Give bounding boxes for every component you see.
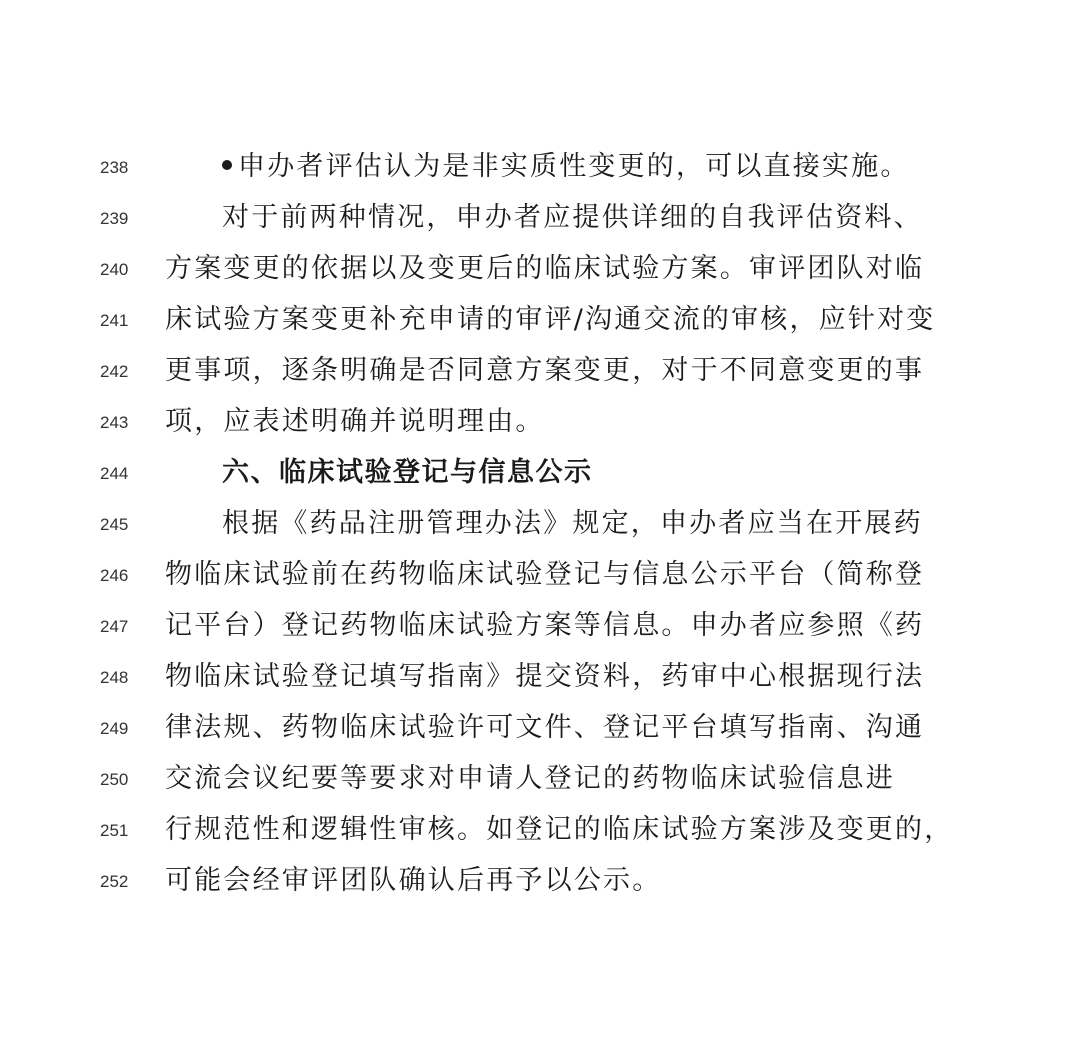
line-number: 250 [100, 765, 140, 795]
document-line-250: 250 交流会议纪要等要求对申请人登记的药物临床试验信息进 [0, 765, 1080, 816]
line-number: 244 [100, 459, 140, 489]
line-number: 240 [100, 255, 140, 285]
document-page: 238 申办者评估认为是非实质性变更的，可以直接实施。 239 对于前两种情况，… [0, 0, 1080, 1047]
line-text: 更事项，逐条明确是否同意方案变更，对于不同意变更的事 [165, 351, 924, 391]
document-line-246: 246 物临床试验前在药物临床试验登记与信息公示平台（简称登 [0, 561, 1080, 612]
line-number: 251 [100, 816, 140, 846]
line-text: 行规范性和逻辑性审核。如登记的临床试验方案涉及变更的， [165, 810, 953, 850]
line-number: 245 [100, 510, 140, 540]
line-number: 243 [100, 408, 140, 438]
line-text: 可能会经审评团队确认后再予以公示。 [165, 861, 661, 901]
document-line-247: 247 记平台）登记药物临床试验方案等信息。申办者应参照《药 [0, 612, 1080, 663]
line-number: 248 [100, 663, 140, 693]
document-line-251: 251 行规范性和逻辑性审核。如登记的临床试验方案涉及变更的， [0, 816, 1080, 867]
section-heading: 六、临床试验登记与信息公示 [222, 453, 593, 493]
line-text: 项，应表述明确并说明理由。 [165, 402, 545, 442]
line-number: 247 [100, 612, 140, 642]
bullet-icon [222, 160, 232, 170]
document-line-240: 240 方案变更的依据以及变更后的临床试验方案。审评团队对临 [0, 255, 1080, 306]
line-number: 246 [100, 561, 140, 591]
line-text: 床试验方案变更补充申请的审评/沟通交流的审核，应针对变 [165, 300, 936, 340]
line-number: 242 [100, 357, 140, 387]
document-line-238: 238 申办者评估认为是非实质性变更的，可以直接实施。 [0, 153, 1080, 204]
document-line-248: 248 物临床试验登记填写指南》提交资料，药审中心根据现行法 [0, 663, 1080, 714]
line-number: 249 [100, 714, 140, 744]
line-text: 申办者评估认为是非实质性变更的，可以直接实施。 [238, 151, 910, 182]
document-line-242: 242 更事项，逐条明确是否同意方案变更，对于不同意变更的事 [0, 357, 1080, 408]
document-line-252: 252 可能会经审评团队确认后再予以公示。 [0, 867, 1080, 918]
document-line-239: 239 对于前两种情况，申办者应提供详细的自我评估资料、 [0, 204, 1080, 255]
line-text: 律法规、药物临床试验许可文件、登记平台填写指南、沟通 [165, 708, 924, 748]
line-text: 根据《药品注册管理办法》规定，申办者应当在开展药 [222, 504, 923, 544]
line-text: 方案变更的依据以及变更后的临床试验方案。审评团队对临 [165, 249, 924, 289]
line-text: 对于前两种情况，申办者应提供详细的自我评估资料、 [222, 198, 923, 238]
document-line-245: 245 根据《药品注册管理办法》规定，申办者应当在开展药 [0, 510, 1080, 561]
document-line-243: 243 项，应表述明确并说明理由。 [0, 408, 1080, 459]
line-number: 239 [100, 204, 140, 234]
document-line-241: 241 床试验方案变更补充申请的审评/沟通交流的审核，应针对变 [0, 306, 1080, 357]
line-text: 物临床试验前在药物临床试验登记与信息公示平台（简称登 [165, 555, 924, 595]
line-text: 物临床试验登记填写指南》提交资料，药审中心根据现行法 [165, 657, 924, 697]
line-number: 241 [100, 306, 140, 336]
document-line-244: 244 六、临床试验登记与信息公示 [0, 459, 1080, 510]
line-text: 交流会议纪要等要求对申请人登记的药物临床试验信息进 [165, 759, 895, 799]
line-text: 记平台）登记药物临床试验方案等信息。申办者应参照《药 [165, 606, 924, 646]
line-number: 252 [100, 867, 140, 897]
document-line-249: 249 律法规、药物临床试验许可文件、登记平台填写指南、沟通 [0, 714, 1080, 765]
bullet-item: 申办者评估认为是非实质性变更的，可以直接实施。 [222, 147, 910, 187]
line-number: 238 [100, 153, 140, 183]
